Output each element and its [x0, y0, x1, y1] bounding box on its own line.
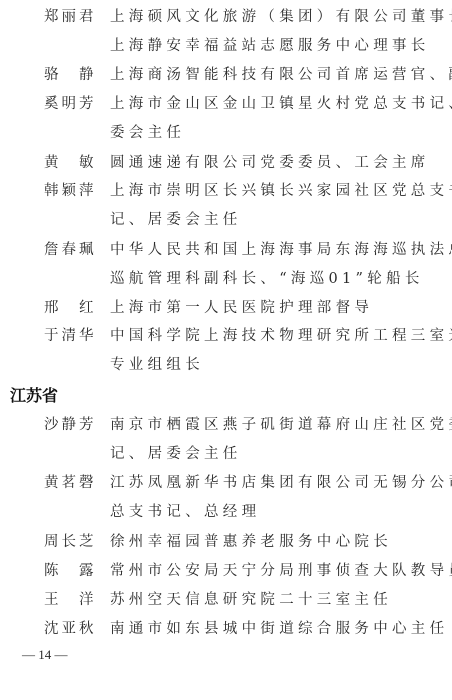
page-number: — 14 — — [22, 645, 68, 665]
person-title: 中国科学院上海技术物理研究所工程三室光学 专业组组长 — [110, 322, 450, 380]
person-title: 南京市栖霞区燕子矶街道幕府山庄社区党委书 记、居委会主任 — [110, 411, 450, 469]
person-title: 常州市公安局天宁分局刑事侦查大队教导员 — [110, 557, 450, 586]
person-title: 上海市第一人民医院护理部督导 — [110, 294, 450, 323]
person-title: 江苏凤凰新华书店集团有限公司无锡分公司党 总支书记、总经理 — [110, 469, 450, 527]
person-name: 黄 敏 — [44, 149, 104, 178]
person-name: 陈 露 — [44, 557, 104, 586]
person-name: 沙静芳 — [44, 411, 104, 440]
person-name: 沈亚秋 — [44, 615, 104, 644]
person-name: 骆 静 — [44, 61, 104, 90]
person-title: 上海市崇明区长兴镇长兴家园社区党总支书 记、居委会主任 — [110, 177, 450, 235]
person-title: 圆通速递有限公司党委委员、工会主席 — [110, 149, 450, 178]
person-title: 徐州幸福园普惠养老服务中心院长 — [110, 528, 450, 557]
section-heading: 江苏省 — [10, 381, 58, 410]
person-name: 奚明芳 — [44, 90, 104, 119]
person-name: 于清华 — [44, 322, 104, 351]
person-name: 詹春珮 — [44, 236, 104, 265]
person-title: 苏州空天信息研究院二十三室主任 — [110, 586, 450, 615]
person-name: 郑丽君 — [44, 3, 104, 32]
person-name: 周长芝 — [44, 528, 104, 557]
document-page: 郑丽君 上海硕风文化旅游（集团）有限公司董事长， 上海静安幸福益站志愿服务中心理… — [0, 0, 452, 700]
person-title: 上海市金山区金山卫镇星火村党总支书记、村 委会主任 — [110, 90, 450, 148]
person-title: 上海商汤智能科技有限公司首席运营官、副总裁 — [110, 61, 450, 90]
person-title: 南通市如东县城中街道综合服务中心主任 — [110, 615, 450, 644]
person-title: 上海硕风文化旅游（集团）有限公司董事长， 上海静安幸福益站志愿服务中心理事长 — [110, 3, 450, 61]
person-name: 邢 红 — [44, 294, 104, 323]
person-name: 韩颖萍 — [44, 177, 104, 206]
person-name: 黄茗磬 — [44, 469, 104, 498]
person-title: 中华人民共和国上海海事局东海海巡执法总队 巡航管理科副科长、“海巡01”轮船长 — [110, 236, 450, 294]
person-name: 王 洋 — [44, 586, 104, 615]
